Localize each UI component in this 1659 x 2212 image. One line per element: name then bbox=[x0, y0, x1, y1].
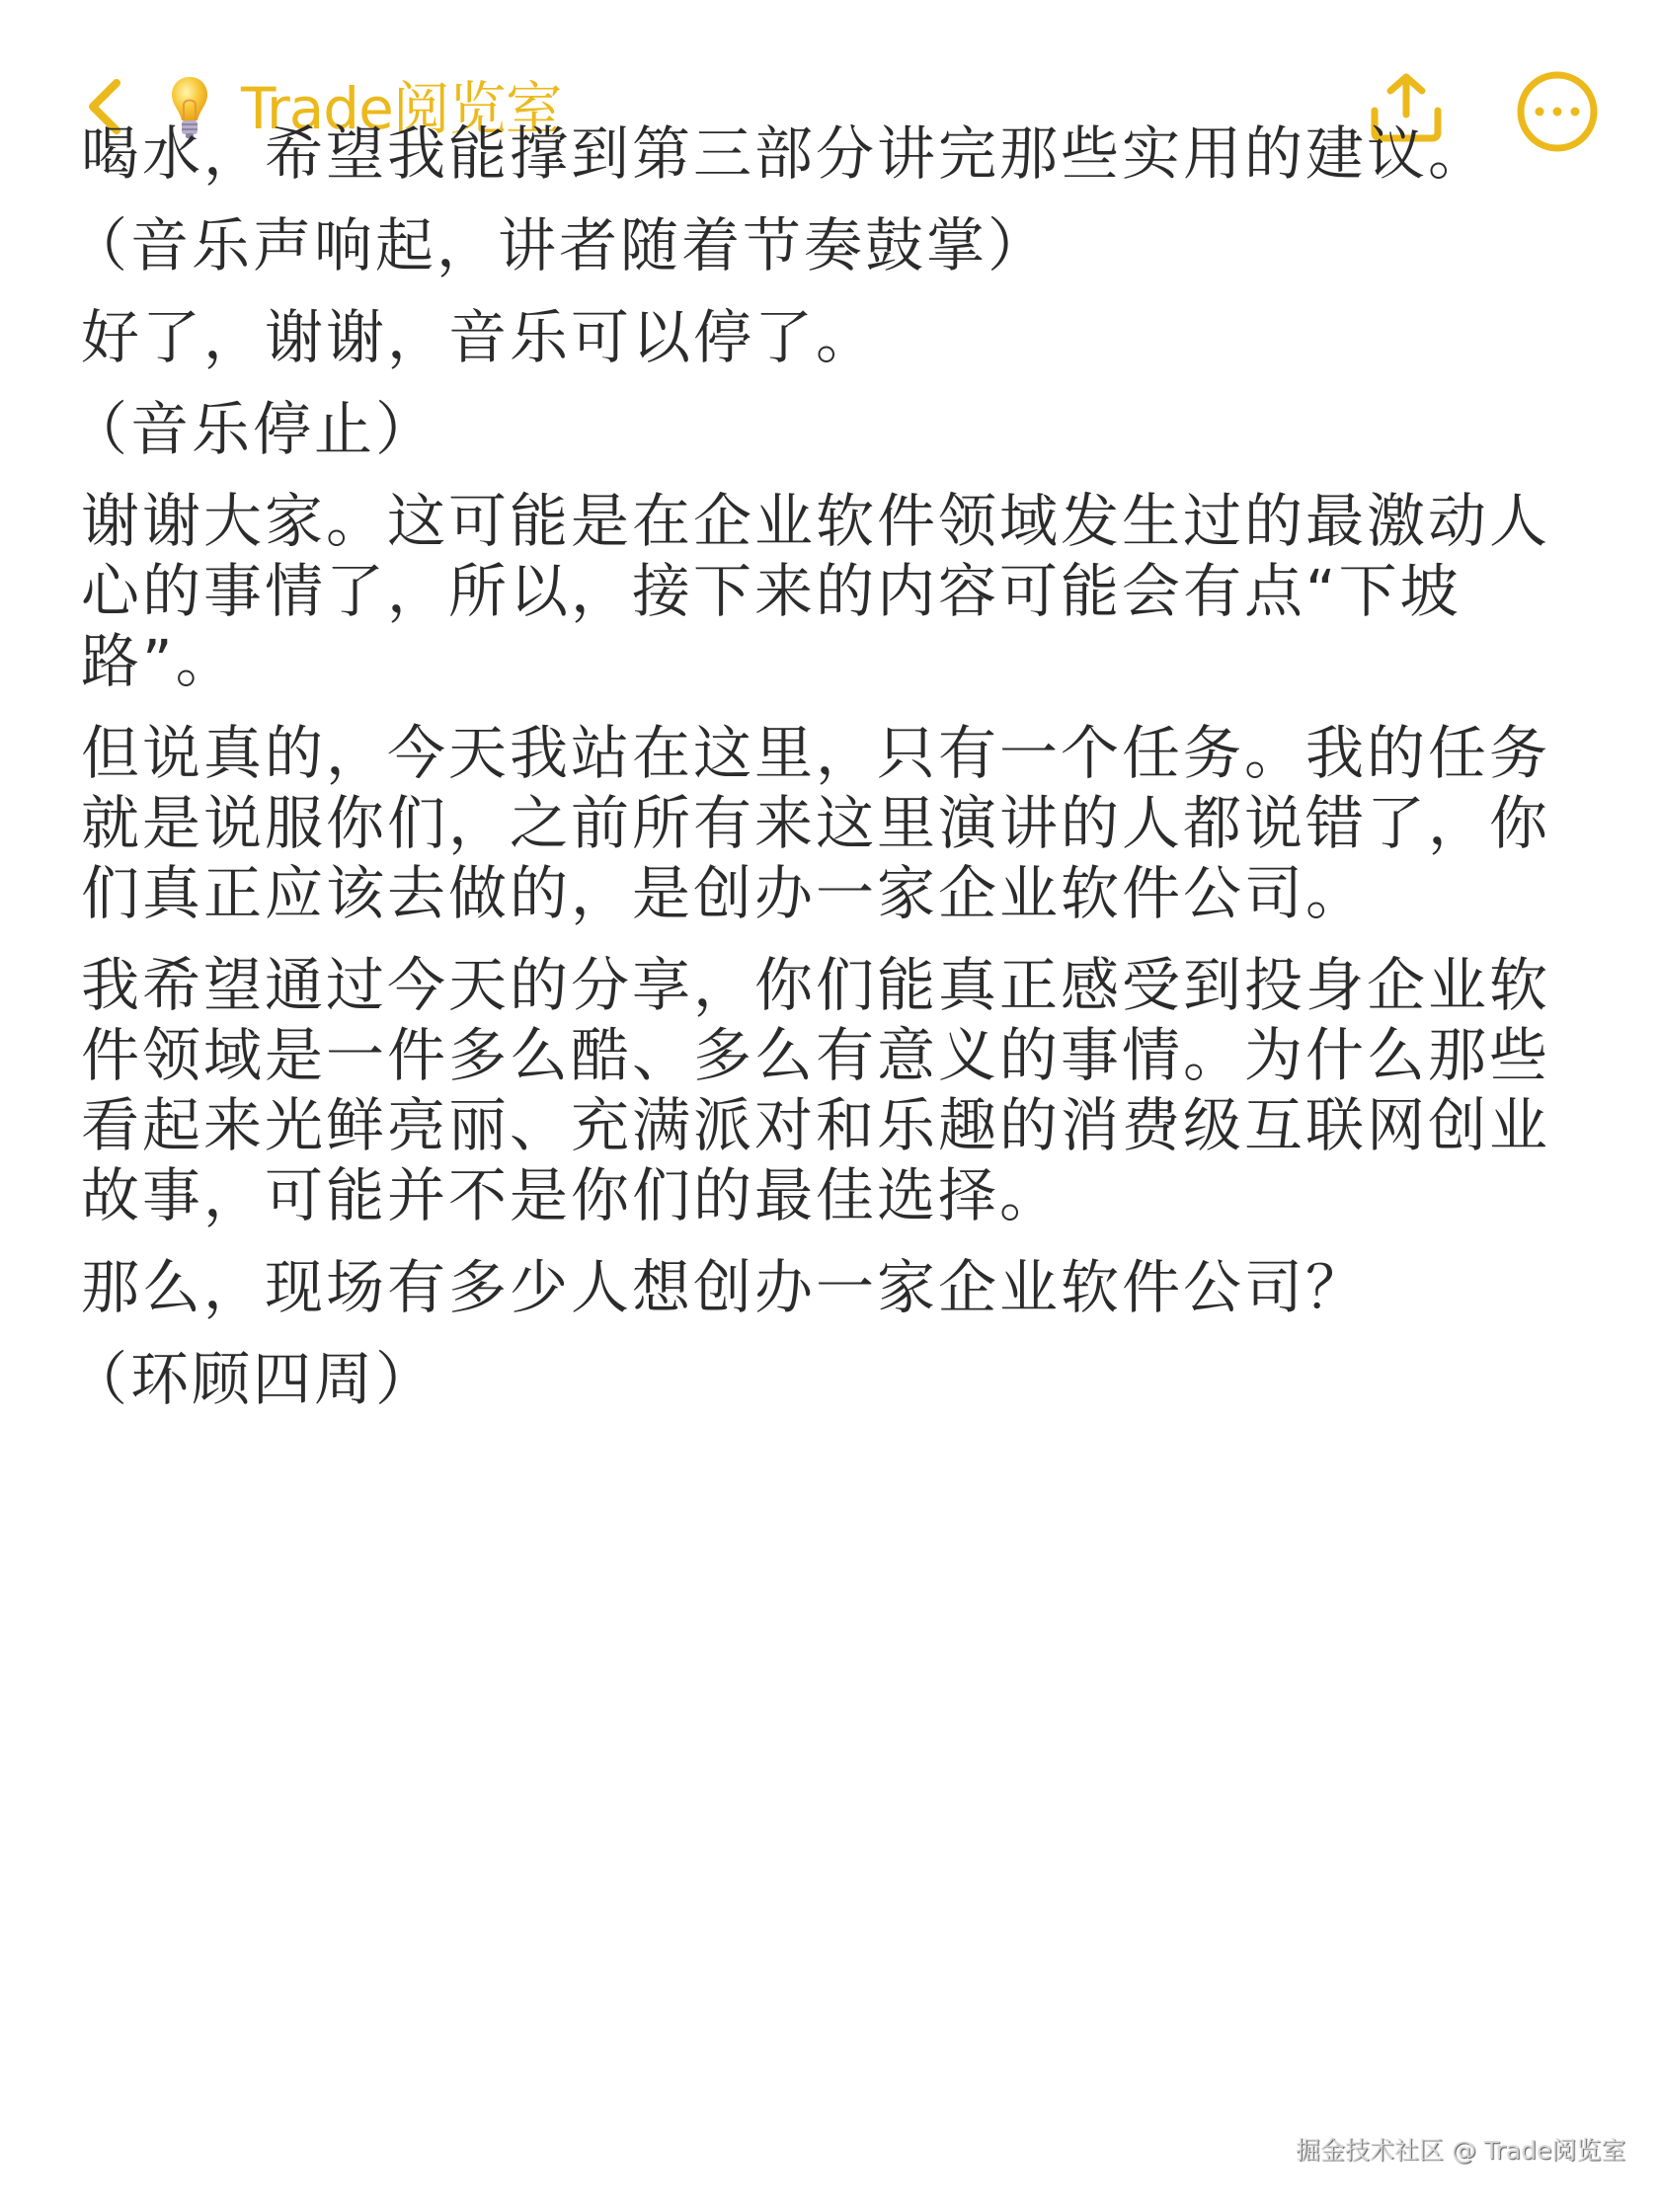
paragraph: 谢谢大家。这可能是在企业软件领域发生过的最激动人心的事情了，所以，接下来的内容可… bbox=[81, 486, 1602, 696]
stage-direction: （环顾四周） bbox=[81, 1344, 1602, 1414]
paragraph: 那么，现场有多少人想创办一家企业软件公司？ bbox=[81, 1252, 1602, 1322]
article-body: 喝水，希望我能撑到第三部分讲完那些实用的建议。 （音乐声响起，讲者随着节奏鼓掌）… bbox=[81, 118, 1602, 1436]
stage-direction: （音乐停止） bbox=[81, 394, 1602, 464]
paragraph: 我希望通过今天的分享，你们能真正感受到投身企业软件领域是一件多么酷、多么有意义的… bbox=[81, 950, 1602, 1230]
stage-direction: （音乐声响起，讲者随着节奏鼓掌） bbox=[81, 210, 1602, 280]
paragraph: 但说真的，今天我站在这里，只有一个任务。我的任务就是说服你们，之前所有来这里演讲… bbox=[81, 718, 1602, 928]
paragraph: 喝水，希望我能撑到第三部分讲完那些实用的建议。 bbox=[81, 118, 1602, 189]
watermark: 掘金技术社区 @ Trade阅览室 bbox=[1296, 2131, 1625, 2167]
paragraph: 好了，谢谢，音乐可以停了。 bbox=[81, 302, 1602, 372]
